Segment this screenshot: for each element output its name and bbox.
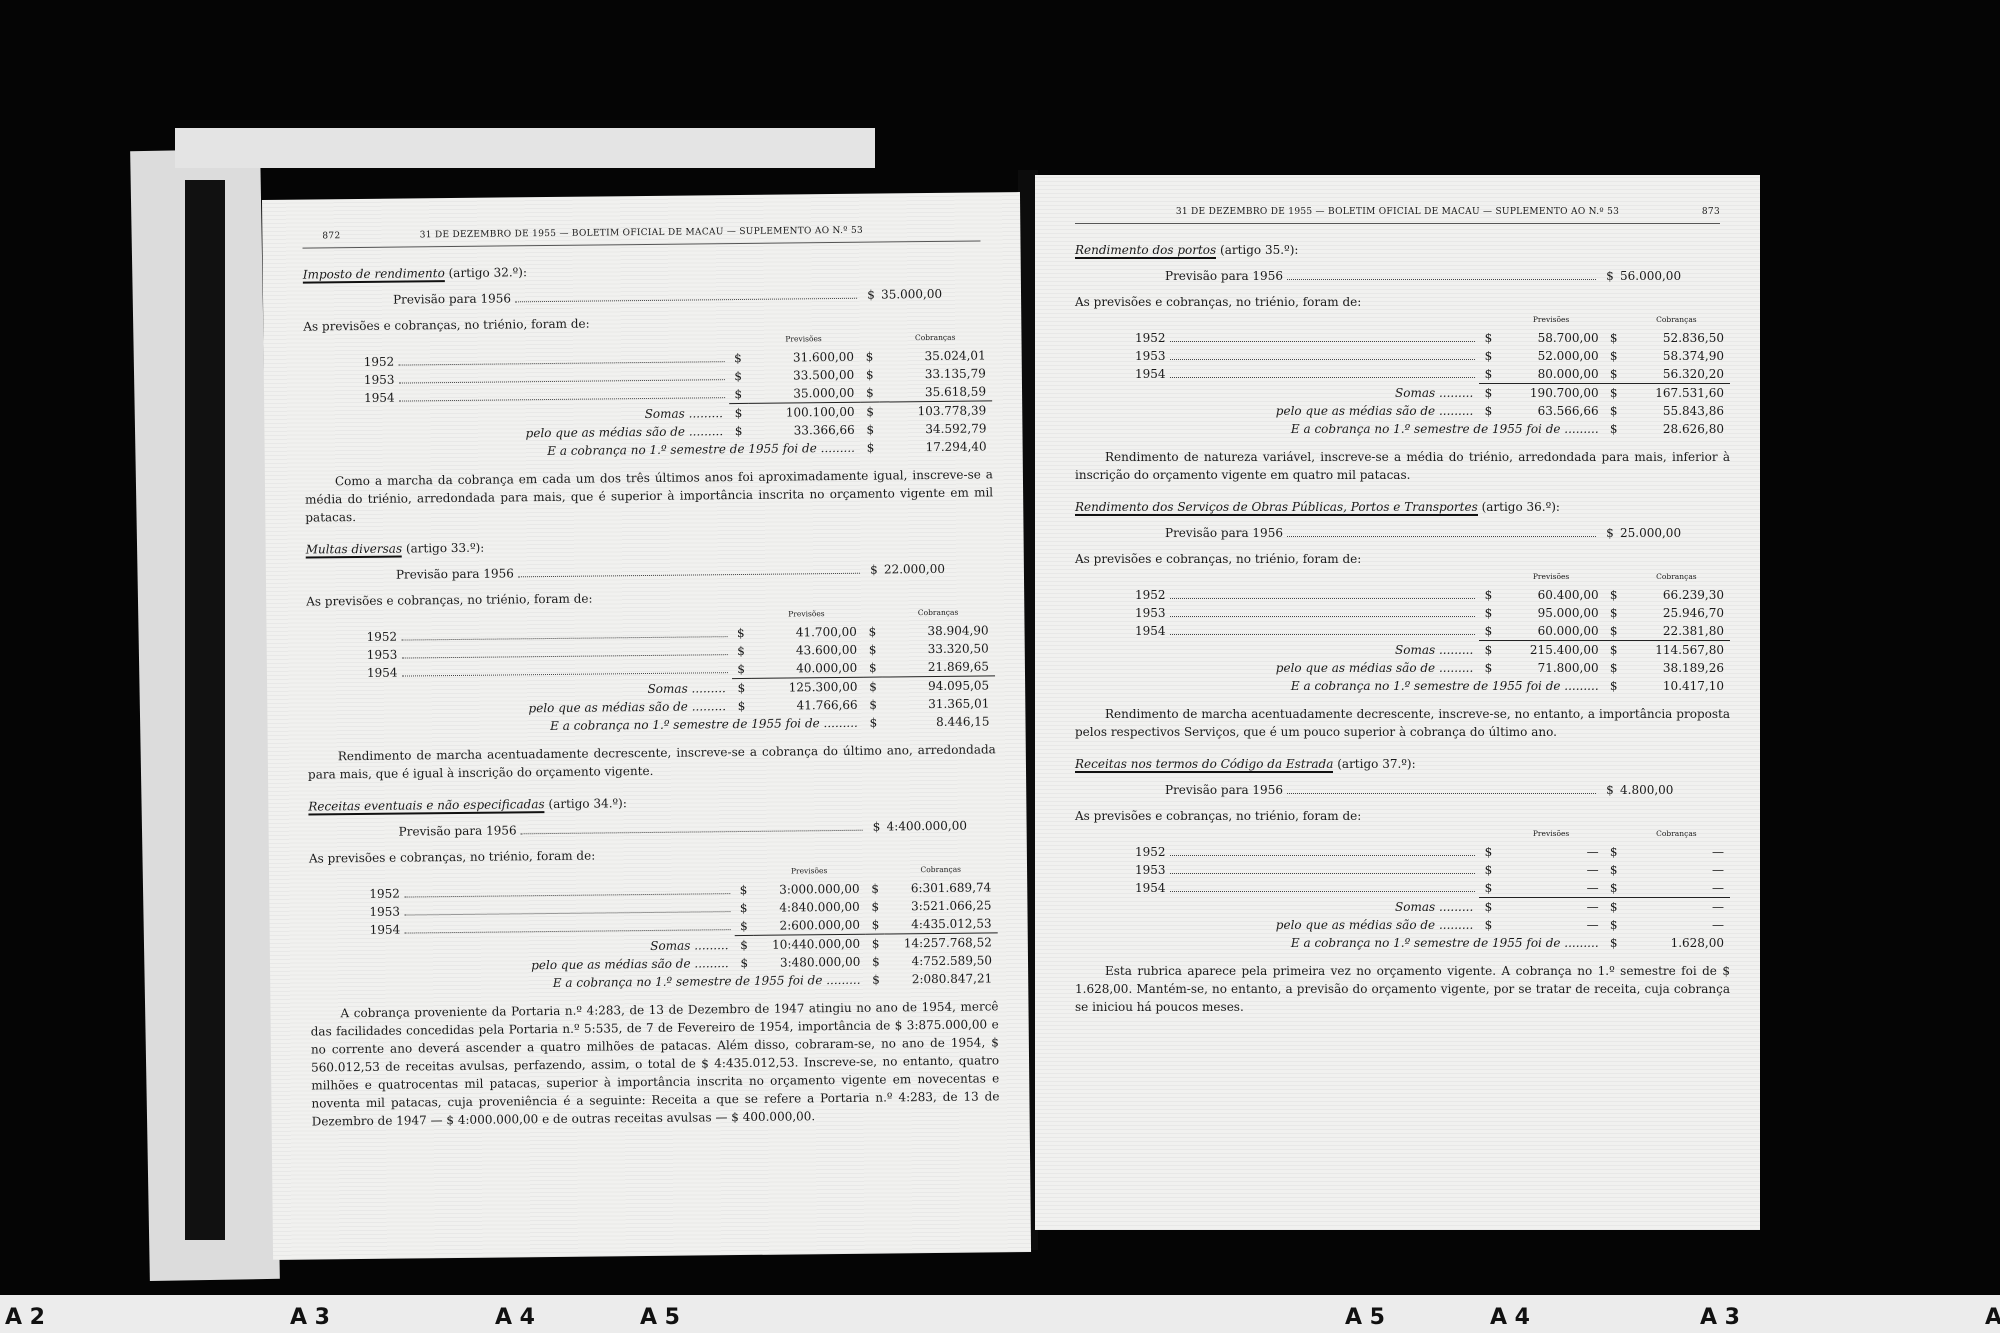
currency-sign: $ <box>866 898 885 916</box>
row-cobranca: 66.239,30 <box>1623 586 1730 604</box>
header-rule <box>303 240 981 248</box>
average-row-cobranca: 31.365,01 <box>883 694 996 713</box>
section-commentary: Rendimento de marcha acentuadamente decr… <box>1075 705 1730 741</box>
dot-leader <box>1170 861 1476 874</box>
row-previsao: 43.600,00 <box>750 641 863 660</box>
sum-row-cobranca: 103.778,39 <box>880 401 993 421</box>
page-stack-edge <box>185 180 225 1240</box>
section-name: Receitas nos termos do Código da Estrada <box>1075 757 1333 773</box>
frame-mark: A 2 <box>5 1305 45 1330</box>
currency-sign: $ <box>863 641 882 659</box>
section-title: Receitas nos termos do Código da Estrada… <box>1075 755 1730 773</box>
currency-sign: $ <box>735 954 754 972</box>
running-header: 31 DE DEZEMBRO DE 1955 — BOLETIM OFICIAL… <box>1035 207 1760 217</box>
semester-value: 1.628,00 <box>1623 934 1730 952</box>
currency-sign: $ <box>863 623 882 641</box>
section-title: Rendimento dos Serviços de Obras Pública… <box>1075 498 1730 516</box>
row-cobranca: 58.374,90 <box>1623 347 1730 365</box>
currency-sign: $ <box>731 624 750 642</box>
section-name: Imposto de rendimento <box>303 266 445 283</box>
row-previsao: 58.700,00 <box>1498 329 1605 347</box>
semester-value: 17.294,40 <box>880 437 993 456</box>
row-cobranca: 3:521.066,25 <box>885 896 998 915</box>
row-year: 1952 <box>1135 843 1166 861</box>
currency-sign: $ <box>1479 604 1497 622</box>
previsao-label: Previsão para 1956 <box>396 564 514 583</box>
previsao-label: Previsão para 1956 <box>1165 267 1283 285</box>
section-name: Multas diversas <box>306 542 403 559</box>
currency-sign: $ <box>1479 861 1497 879</box>
triennium-table: PrevisõesCobranças1952$31.600,00$35.024,… <box>303 328 992 462</box>
currency-sign: $ <box>1600 524 1620 542</box>
section-commentary: A cobrança proveniente da Portaria n.º 4… <box>310 997 999 1130</box>
currency-sign: $ <box>1605 861 1623 879</box>
running-header: 872 31 DE DEZEMBRO DE 1955 — BOLETIM OFI… <box>262 224 1020 242</box>
sum-row-cobranca: 167.531,60 <box>1623 384 1730 403</box>
currency-sign: $ <box>867 817 887 835</box>
sum-row-previsao: 10:440.000,00 <box>754 934 867 954</box>
frame-mark: A 5 <box>1345 1305 1385 1330</box>
average-row: pelo que as médias são de .........$63.5… <box>1075 402 1730 420</box>
currency-sign: $ <box>1605 934 1623 952</box>
budget-section: Multas diversas (artigo 33.º):Previsão p… <box>306 533 997 783</box>
row-previsao: 95.000,00 <box>1498 604 1605 622</box>
previsao-value: 25.000,00 <box>1620 524 1730 542</box>
average-row-cobranca: — <box>1623 916 1730 934</box>
row-cobranca: 22.381,80 <box>1623 622 1730 641</box>
frame-mark: A 3 <box>1700 1305 1740 1330</box>
currency-sign: $ <box>865 880 884 898</box>
average-row-cobranca: 55.843,86 <box>1623 402 1730 420</box>
row-year: 1952 <box>1135 329 1166 347</box>
triennium-table: PrevisõesCobranças1952$—$—1953$—$—1954$—… <box>1075 825 1730 952</box>
previsao-value: 56.000,00 <box>1620 267 1730 285</box>
row-year: 1952 <box>364 353 395 371</box>
currency-sign: $ <box>1479 622 1497 641</box>
row-cobranca: — <box>1623 879 1730 898</box>
section-title: Receitas eventuais e não especificadas (… <box>308 790 996 815</box>
average-row-cobranca: 4:752.589,50 <box>885 951 998 970</box>
sum-row-previsao: — <box>1498 898 1605 917</box>
average-row: pelo que as médias são de .........$—$— <box>1075 916 1730 934</box>
budget-section: Rendimento dos Serviços de Obras Pública… <box>1075 498 1730 741</box>
currency-sign: $ <box>1605 879 1623 898</box>
currency-sign: $ <box>732 697 751 715</box>
currency-sign: $ <box>861 421 880 439</box>
previsao-line: Previsão para 1956$22.000,00 <box>396 559 994 583</box>
dot-leader <box>398 349 724 365</box>
row-previsao: 41.700,00 <box>750 623 863 642</box>
section-commentary: Como a marcha da cobrança em cada um dos… <box>305 465 994 526</box>
dot-leader <box>404 917 730 933</box>
row-previsao: 2:600.000,00 <box>753 916 866 936</box>
currency-sign: $ <box>861 286 881 304</box>
average-row-previsao: 33.366,66 <box>748 421 861 440</box>
col-previsoes: Previsões <box>1498 568 1605 586</box>
budget-section: Imposto de rendimento (artigo 32.º):Prev… <box>303 258 994 526</box>
row-previsao: 4:840.000,00 <box>753 898 866 917</box>
section-article: (artigo 33.º): <box>406 541 485 556</box>
dot-leader <box>1170 604 1476 617</box>
col-previsoes: Previsões <box>747 330 860 349</box>
average-row-label: pelo que as médias são de ......... <box>1075 402 1479 420</box>
previsao-value: 4.800,00 <box>1620 781 1730 799</box>
row-cobranca: 38.904,90 <box>882 621 995 640</box>
currency-sign: $ <box>1479 365 1497 384</box>
currency-sign: $ <box>1600 267 1620 285</box>
row-year: 1952 <box>366 628 397 646</box>
section-article: (artigo 32.º): <box>449 265 528 280</box>
dot-leader <box>1170 347 1476 360</box>
dot-leader <box>404 899 730 915</box>
triennium-intro: As previsões e cobranças, no triénio, fo… <box>1075 293 1730 311</box>
running-title: 31 DE DEZEMBRO DE 1955 — BOLETIM OFICIAL… <box>420 226 863 241</box>
section-commentary: Esta rubrica aparece pela primeira vez n… <box>1075 962 1730 1016</box>
currency-sign: $ <box>732 678 751 697</box>
row-previsao: — <box>1498 843 1605 861</box>
section-commentary: Rendimento de natureza variável, inscrev… <box>1075 448 1730 484</box>
row-previsao: 40.000,00 <box>751 659 864 679</box>
row-cobranca: 33.320,50 <box>882 639 995 658</box>
previsao-line: Previsão para 1956$35.000,00 <box>393 284 991 308</box>
header-rule <box>1075 223 1720 224</box>
table-row: 1953$52.000,00$58.374,90 <box>1075 347 1730 365</box>
previsao-line: Previsão para 1956$25.000,00 <box>1165 524 1730 542</box>
running-title: 31 DE DEZEMBRO DE 1955 — BOLETIM OFICIAL… <box>1176 207 1619 217</box>
sum-row-previsao: 100.100,00 <box>748 402 861 422</box>
sum-row: Somas .........$190.700,00$167.531,60 <box>1075 384 1730 403</box>
row-cobranca: 35.618,59 <box>879 382 992 402</box>
currency-sign: $ <box>1479 384 1497 403</box>
col-cobrancas: Cobranças <box>1623 825 1730 843</box>
dot-leader <box>1170 622 1476 635</box>
col-cobrancas: Cobranças <box>884 860 997 879</box>
sum-row-cobranca: 14:257.768,52 <box>885 933 998 953</box>
currency-sign: $ <box>1479 586 1497 604</box>
row-year: 1953 <box>1135 604 1166 622</box>
frame-mark: A <box>1985 1305 2000 1330</box>
dot-leader <box>404 881 730 897</box>
currency-sign: $ <box>1479 879 1497 898</box>
average-row-label: pelo que as médias são de ......... <box>1075 916 1479 934</box>
currency-sign: $ <box>1605 641 1623 660</box>
dot-leader <box>401 624 727 640</box>
section-article: (artigo 35.º): <box>1220 243 1298 257</box>
currency-sign: $ <box>1605 347 1623 365</box>
currency-sign: $ <box>728 349 747 367</box>
sum-row-label: Somas ......... <box>1075 898 1479 917</box>
row-year: 1954 <box>1135 365 1166 383</box>
dot-leader <box>1287 267 1596 280</box>
row-previsao: — <box>1498 861 1605 879</box>
semester-label: E a cobrança no 1.º semestre de 1955 foi… <box>1075 420 1605 438</box>
row-year: 1954 <box>367 664 398 682</box>
currency-sign: $ <box>866 934 885 953</box>
triennium-intro: As previsões e cobranças, no triénio, fo… <box>1075 550 1730 568</box>
currency-sign: $ <box>734 881 753 899</box>
row-cobranca: 56.320,20 <box>1623 365 1730 384</box>
currency-sign: $ <box>860 402 879 421</box>
sum-row-cobranca: — <box>1623 898 1730 917</box>
triennium-table: PrevisõesCobranças1952$3:000.000,00$6:30… <box>309 860 998 994</box>
dot-leader <box>520 818 862 835</box>
row-year: 1953 <box>369 903 400 921</box>
row-cobranca: 33.135,79 <box>879 364 992 383</box>
dot-leader <box>1170 879 1476 892</box>
currency-sign: $ <box>860 348 879 366</box>
col-cobrancas: Cobranças <box>1623 568 1730 586</box>
row-previsao: 80.000,00 <box>1498 365 1605 384</box>
row-year: 1952 <box>1135 586 1166 604</box>
section-article: (artigo 37.º): <box>1337 757 1415 771</box>
row-previsao: 31.600,00 <box>747 348 860 367</box>
budget-section: Receitas eventuais e não especificadas (… <box>308 790 999 1130</box>
sum-row-cobranca: 114.567,80 <box>1623 641 1730 660</box>
currency-sign: $ <box>1600 781 1620 799</box>
row-year: 1953 <box>367 646 398 664</box>
left-page-content: Imposto de rendimento (artigo 32.º):Prev… <box>303 252 1000 1144</box>
currency-sign: $ <box>1605 402 1623 420</box>
average-row-previsao: 41.766,66 <box>751 696 864 715</box>
row-cobranca: 52.836,50 <box>1623 329 1730 347</box>
table-row: 1954$—$— <box>1075 879 1730 898</box>
row-previsao: — <box>1498 879 1605 898</box>
previsao-value: 22.000,00 <box>884 559 994 578</box>
previsao-line: Previsão para 1956$4:400.000,00 <box>399 816 997 840</box>
average-row-previsao: 3:480.000,00 <box>754 953 867 972</box>
currency-sign: $ <box>1479 898 1497 917</box>
section-name: Receitas eventuais e não especificadas <box>308 797 544 815</box>
page-number: 873 <box>1702 207 1720 217</box>
average-row-previsao: 63.566,66 <box>1498 402 1605 420</box>
average-row-cobranca: 38.189,26 <box>1623 659 1730 677</box>
dot-leader <box>1170 365 1476 378</box>
triennium-table: PrevisõesCobranças1952$41.700,00$38.904,… <box>306 603 995 737</box>
currency-sign: $ <box>729 403 748 422</box>
currency-sign: $ <box>1479 916 1497 934</box>
row-year: 1953 <box>364 371 395 389</box>
currency-sign: $ <box>1605 586 1623 604</box>
currency-sign: $ <box>1479 347 1497 365</box>
section-title: Rendimento dos portos (artigo 35.º): <box>1075 241 1730 259</box>
currency-sign: $ <box>860 384 879 403</box>
row-cobranca: — <box>1623 843 1730 861</box>
currency-sign: $ <box>734 917 753 936</box>
row-previsao: 3:000.000,00 <box>753 880 866 899</box>
col-cobrancas: Cobranças <box>879 328 992 347</box>
sum-row-label: Somas ......... <box>1075 641 1479 660</box>
row-cobranca: 21.869,65 <box>882 657 995 677</box>
currency-sign: $ <box>1605 365 1623 384</box>
row-cobranca: 25.946,70 <box>1623 604 1730 622</box>
section-article: (artigo 36.º): <box>1482 500 1560 514</box>
currency-sign: $ <box>734 899 753 917</box>
col-previsoes: Previsões <box>1498 825 1605 843</box>
table-row: 1953$95.000,00$25.946,70 <box>1075 604 1730 622</box>
sum-row-label: Somas ......... <box>1075 384 1479 403</box>
table-row: 1954$80.000,00$56.320,20 <box>1075 365 1730 384</box>
col-previsoes: Previsões <box>753 862 866 881</box>
row-year: 1952 <box>369 885 400 903</box>
semester-label: E a cobrança no 1.º semestre de 1955 foi… <box>1075 677 1605 695</box>
average-row-previsao: — <box>1498 916 1605 934</box>
sum-row-previsao: 125.300,00 <box>751 677 864 697</box>
table-header: PrevisõesCobranças <box>1075 568 1730 586</box>
col-previsoes: Previsões <box>1498 311 1605 329</box>
section-name: Rendimento dos portos <box>1075 243 1216 259</box>
currency-sign: $ <box>1479 659 1497 677</box>
semester-value: 2:080.847,21 <box>886 969 999 988</box>
currency-sign: $ <box>1605 677 1623 695</box>
table-row: 1952$60.400,00$66.239,30 <box>1075 586 1730 604</box>
currency-sign: $ <box>728 367 747 385</box>
dot-leader <box>399 385 725 401</box>
sum-row: Somas .........$215.400,00$114.567,80 <box>1075 641 1730 660</box>
semester-value: 28.626,80 <box>1623 420 1730 438</box>
triennium-table: PrevisõesCobranças1952$60.400,00$66.239,… <box>1075 568 1730 695</box>
previsao-value: 35.000,00 <box>881 284 991 303</box>
currency-sign: $ <box>1605 916 1623 934</box>
frame-mark: A 4 <box>1490 1305 1530 1330</box>
section-title: Imposto de rendimento (artigo 32.º): <box>303 258 991 283</box>
previsao-label: Previsão para 1956 <box>399 821 517 840</box>
previsao-label: Previsão para 1956 <box>393 289 511 308</box>
page-number: 872 <box>322 231 340 241</box>
table-row: 1952$58.700,00$52.836,50 <box>1075 329 1730 347</box>
row-year: 1954 <box>1135 622 1166 640</box>
budget-section: Receitas nos termos do Código da Estrada… <box>1075 755 1730 1016</box>
semester-row: E a cobrança no 1.º semestre de 1955 foi… <box>1075 677 1730 695</box>
row-cobranca: — <box>1623 861 1730 879</box>
row-year: 1954 <box>364 389 395 407</box>
col-cobrancas: Cobranças <box>882 603 995 622</box>
section-title: Multas diversas (artigo 33.º): <box>306 533 994 558</box>
average-row-cobranca: 34.592,79 <box>880 419 993 438</box>
section-commentary: Rendimento de marcha acentuadamente decr… <box>308 740 996 783</box>
table-row: 1952$—$— <box>1075 843 1730 861</box>
table-row: 1954$60.000,00$22.381,80 <box>1075 622 1730 641</box>
currency-sign: $ <box>1479 402 1497 420</box>
currency-sign: $ <box>1605 604 1623 622</box>
dot-leader <box>1287 524 1596 537</box>
row-year: 1953 <box>1135 861 1166 879</box>
currency-sign: $ <box>866 916 885 935</box>
sum-row-previsao: 190.700,00 <box>1498 384 1605 403</box>
currency-sign: $ <box>729 385 748 404</box>
row-year: 1954 <box>1135 879 1166 897</box>
dot-leader <box>1170 586 1476 599</box>
previsao-label: Previsão para 1956 <box>1165 524 1283 542</box>
dot-leader <box>401 642 727 658</box>
sum-row: Somas .........$—$— <box>1075 898 1730 917</box>
average-row: pelo que as médias são de .........$71.8… <box>1075 659 1730 677</box>
semester-row: E a cobrança no 1.º semestre de 1955 foi… <box>1075 420 1730 438</box>
section-article: (artigo 34.º): <box>548 796 627 811</box>
currency-sign: $ <box>729 422 748 440</box>
currency-sign: $ <box>1605 843 1623 861</box>
currency-sign: $ <box>863 659 882 678</box>
currency-sign: $ <box>732 660 751 679</box>
semester-label: E a cobrança no 1.º semestre de 1955 foi… <box>1075 934 1605 952</box>
currency-sign: $ <box>1605 384 1623 403</box>
dot-leader <box>398 367 724 383</box>
dot-leader <box>1287 781 1596 794</box>
row-previsao: 35.000,00 <box>748 384 861 404</box>
dot-leader <box>1170 329 1476 342</box>
semester-row: E a cobrança no 1.º semestre de 1955 foi… <box>1075 934 1730 952</box>
currency-sign: $ <box>1479 641 1497 660</box>
sum-row-cobranca: 94.095,05 <box>882 676 995 696</box>
row-previsao: 60.000,00 <box>1498 622 1605 641</box>
currency-sign: $ <box>863 677 882 696</box>
row-previsao: 33.500,00 <box>748 366 861 385</box>
currency-sign: $ <box>1605 659 1623 677</box>
currency-sign: $ <box>734 935 753 954</box>
currency-sign: $ <box>866 953 885 971</box>
dot-leader <box>401 660 727 676</box>
currency-sign: $ <box>860 366 879 384</box>
table-header: PrevisõesCobranças <box>1075 825 1730 843</box>
semester-value: 10.417,10 <box>1623 677 1730 695</box>
section-name: Rendimento dos Serviços de Obras Pública… <box>1075 500 1478 516</box>
currency-sign: $ <box>1605 898 1623 917</box>
row-cobranca: 6:301.689,74 <box>885 878 998 897</box>
currency-sign: $ <box>864 714 883 732</box>
previsao-line: Previsão para 1956$56.000,00 <box>1165 267 1730 285</box>
left-page: 872 31 DE DEZEMBRO DE 1955 — BOLETIM OFI… <box>262 192 1031 1260</box>
currency-sign: $ <box>861 439 880 457</box>
average-row-label: pelo que as médias são de ......... <box>1075 659 1479 677</box>
sum-row-previsao: 215.400,00 <box>1498 641 1605 660</box>
previsao-line: Previsão para 1956$4.800,00 <box>1165 781 1730 799</box>
dot-leader <box>515 286 857 303</box>
row-cobranca: 35.024,01 <box>879 346 992 365</box>
previsao-value: 4:400.000,00 <box>887 816 997 835</box>
right-page: 31 DE DEZEMBRO DE 1955 — BOLETIM OFICIAL… <box>1035 175 1760 1230</box>
col-cobrancas: Cobranças <box>1623 311 1730 329</box>
previsao-label: Previsão para 1956 <box>1165 781 1283 799</box>
currency-sign: $ <box>864 561 884 579</box>
triennium-intro: As previsões e cobranças, no triénio, fo… <box>1075 807 1730 825</box>
currency-sign: $ <box>1605 329 1623 347</box>
table-row: 1953$—$— <box>1075 861 1730 879</box>
frame-mark: A 5 <box>640 1305 680 1330</box>
currency-sign: $ <box>1605 420 1623 438</box>
triennium-table: PrevisõesCobranças1952$58.700,00$52.836,… <box>1075 311 1730 438</box>
col-previsoes: Previsões <box>750 605 863 624</box>
frame-mark: A 4 <box>495 1305 535 1330</box>
frame-mark: A 3 <box>290 1305 330 1330</box>
average-row-previsao: 71.800,00 <box>1498 659 1605 677</box>
currency-sign: $ <box>1479 843 1497 861</box>
currency-sign: $ <box>1605 622 1623 641</box>
currency-sign: $ <box>1479 329 1497 347</box>
dot-leader <box>518 561 860 578</box>
table-header: PrevisõesCobranças <box>1075 311 1730 329</box>
right-page-content: Rendimento dos portos (artigo 35.º):Prev… <box>1075 235 1730 1030</box>
row-cobranca: 4:435.012,53 <box>885 914 998 934</box>
semester-value: 8.446,15 <box>883 712 996 731</box>
dot-leader <box>1170 843 1476 856</box>
row-previsao: 52.000,00 <box>1498 347 1605 365</box>
row-year: 1954 <box>370 921 401 939</box>
currency-sign: $ <box>866 971 885 989</box>
page-stack-edge <box>175 128 875 168</box>
row-year: 1953 <box>1135 347 1166 365</box>
budget-section: Rendimento dos portos (artigo 35.º):Prev… <box>1075 241 1730 484</box>
currency-sign: $ <box>731 642 750 660</box>
row-previsao: 60.400,00 <box>1498 586 1605 604</box>
